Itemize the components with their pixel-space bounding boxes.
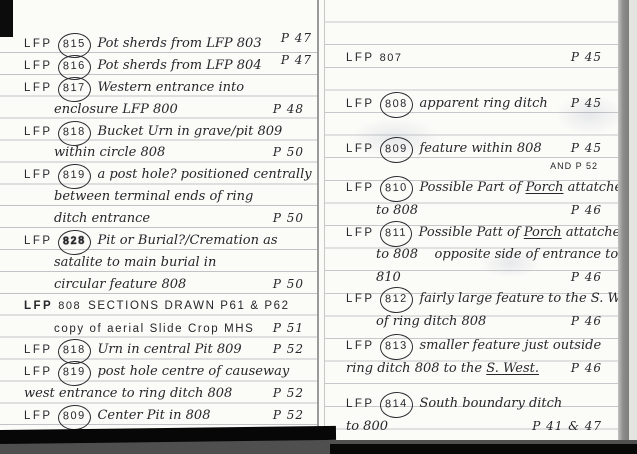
entry-line: to 800P 41 & 47 (346, 415, 612, 438)
scan-corner-shadow (0, 0, 13, 37)
page-ref: P 52 (273, 405, 314, 427)
entry-line: to 808P 46 (346, 199, 612, 222)
entry-number: 818 (57, 120, 91, 146)
entry-text: Possible Part of Porch attatched (419, 177, 630, 200)
notebook-entry: LFP818Urn in central Pit 809P 52 (24, 339, 314, 361)
notebook-entry: LFP814South boundary ditchto 800P 41 & 4… (346, 392, 612, 437)
entry-line: LFP816Pot sherds from LFP 804P 47 (24, 55, 314, 77)
entry-text: fairly large feature to the S. West (419, 288, 637, 311)
entry-prefix: LFP (24, 340, 53, 362)
entry-text: to 800 (346, 416, 388, 439)
page-ref: P 52 (273, 383, 314, 405)
entry-line: 810P 46 (346, 266, 612, 289)
page-ref: P 45 (571, 46, 612, 69)
entry-text: copy of aerial Slide Crop MHS (54, 319, 254, 341)
entry-line: LFP818Bucket Urn in grave/pit 809 (24, 121, 314, 143)
entry-text: Pot sherds from LFP 804 (97, 55, 261, 77)
entry-prefix: LFP (24, 56, 53, 78)
entry-line: LFP815Pot sherds from LFP 803P 47 (24, 33, 314, 55)
entry-prefix: LFP (346, 393, 375, 416)
entry-line: LFP828Pit or Burial?/Cremation as (24, 230, 314, 252)
entry-prefix: LFP (346, 47, 375, 70)
entry-prefix: LFP (346, 222, 375, 245)
right-page-bottom-edge-shadow (330, 444, 637, 454)
entry-text: Bucket Urn in grave/pit 809 (97, 121, 282, 143)
entry-line: LFP808SECTIONS DRAWN P61 & P62 (24, 296, 314, 318)
entry-prefix: LFP (24, 362, 53, 384)
entry-text: smaller feature just outside (419, 335, 601, 358)
entry-text: Urn in central Pit 809 (97, 339, 241, 361)
entry-text: west entrance to ring ditch 808 (24, 383, 232, 405)
page-ref: P 41 & 47 (532, 415, 612, 438)
notebook-entry: LFP808apparent ring ditchP 45 (346, 92, 612, 115)
page-ref: P 50 (273, 142, 314, 164)
entry-prefix: LFP (346, 138, 375, 161)
entry-number: 817 (57, 76, 91, 102)
entry-prefix: LFP (346, 177, 375, 200)
entry-line: ditch entranceP 50 (24, 208, 314, 230)
entry-text: Pot sherds from LFP 803 (97, 33, 261, 55)
page-ref: AND P 52 (550, 160, 612, 173)
left-page: LFP815Pot sherds from LFP 803P 47LFP816P… (24, 33, 314, 427)
page-ref: P 50 (273, 208, 314, 230)
entry-prefix: LFP (24, 296, 53, 318)
entry-line: LFP807P 45 (346, 46, 612, 69)
notebook-entry: LFP815Pot sherds from LFP 803P 47 (24, 33, 314, 55)
entry-line: LFP809Center Pit in 808P 52 (24, 405, 314, 427)
entry-text: ring ditch 808 to the S. West. (346, 358, 539, 381)
entry-line: satalite to main burial in (24, 252, 314, 274)
page-ref: P 45 (571, 92, 612, 115)
page-ref: P 46 (571, 310, 612, 333)
notebook-entry: LFP812fairly large feature to the S. Wes… (346, 287, 612, 332)
entry-text: ditch entrance (54, 208, 150, 230)
entry-text: satalite to main burial in (54, 252, 216, 274)
entry-number: 809 (379, 136, 413, 163)
notebook-scan: LFP815Pot sherds from LFP 803P 47LFP816P… (0, 0, 637, 454)
entry-text: post hole centre of causeway (97, 361, 289, 383)
page-ref: P 48 (273, 99, 314, 121)
entry-line: of ring ditch 808P 46 (346, 310, 612, 333)
entry-text: between terminal ends of ring (54, 186, 253, 208)
entry-line: LFP819a post hole? positioned centrally (24, 164, 314, 186)
entry-text: South boundary ditch (419, 393, 562, 416)
entry-number: 808 (58, 296, 81, 318)
entry-line: copy of aerial Slide Crop MHSP 51 (24, 318, 314, 340)
page-ref: P 51 (273, 318, 314, 340)
entry-line: LFP810Possible Part of Porch attatched (346, 176, 612, 199)
page-edge-shadow (618, 0, 629, 447)
page-ref: P 46 (571, 266, 612, 289)
page-ref: P 47 (281, 50, 314, 72)
page-ref: P 45 (571, 137, 612, 160)
entry-number: 808 (379, 91, 413, 118)
entry-line: enclosure LFP 800P 48 (24, 99, 314, 121)
entry-line: ring ditch 808 to the S. West.P 46 (346, 357, 612, 380)
entry-number: 809 (57, 405, 91, 431)
page-ref: P 47 (281, 28, 314, 50)
entry-text: of ring ditch 808 (376, 311, 486, 334)
entry-text: circular feature 808 (54, 274, 186, 296)
entry-line: between terminal ends of ring (24, 186, 314, 208)
entry-text: Center Pit in 808 (97, 405, 210, 427)
entry-text: SECTIONS DRAWN P61 & P62 (88, 296, 290, 318)
entry-line: LFP818Urn in central Pit 809P 52 (24, 339, 314, 361)
entry-line: within circle 808P 50 (24, 142, 314, 164)
entry-line: AND P 52 (346, 160, 612, 173)
entry-number: 814 (379, 391, 413, 418)
entry-line: LFP817Western entrance into (24, 77, 314, 99)
notebook-entry: LFP819a post hole? positioned centrallyb… (24, 164, 314, 230)
page-ref: P 46 (571, 357, 612, 380)
notebook-entry: LFP808SECTIONS DRAWN P61 & P62copy of ae… (24, 296, 314, 340)
entry-line: west entrance to ring ditch 808P 52 (24, 383, 314, 405)
entry-prefix: LFP (24, 406, 53, 428)
notebook-entry: LFP816Pot sherds from LFP 804P 47 (24, 55, 314, 77)
notebook-entry: LFP818Bucket Urn in grave/pit 809within … (24, 121, 314, 165)
entry-text: to 808 (376, 200, 418, 223)
page-seam-line (317, 0, 319, 432)
entry-line: LFP808apparent ring ditchP 45 (346, 92, 612, 115)
page-ref: P 52 (273, 339, 314, 361)
entry-prefix: LFP (24, 122, 53, 144)
entry-line: LFP811Possible Patt of Porch attatched (346, 221, 612, 244)
entry-line: circular feature 808P 50 (24, 274, 314, 296)
entry-prefix: LFP (24, 34, 53, 56)
entry-number: 807 (380, 47, 403, 70)
notebook-entry: LFP813smaller feature just outsidering d… (346, 334, 612, 379)
entry-prefix: LFP (24, 78, 53, 100)
entry-text: feature within 808 (419, 138, 541, 161)
entry-number: 813 (379, 333, 413, 360)
entry-prefix: LFP (346, 93, 375, 116)
page-ref: P 46 (571, 199, 612, 222)
entry-number: 811 (379, 220, 412, 247)
entry-text: a post hole? positioned centrally (97, 164, 311, 186)
entry-prefix: LFP (24, 231, 53, 253)
entry-text: to 808 opposite side of entrance to (376, 244, 618, 267)
notebook-entry: LFP809feature within 808P 45AND P 52 (346, 137, 612, 173)
scan-right-margin (629, 0, 637, 454)
notebook-entry: LFP828Pit or Burial?/Cremation assatalit… (24, 230, 314, 296)
entry-line: LFP809feature within 808P 45 (346, 137, 612, 160)
notebook-entry: LFP819post hole centre of causewaywest e… (24, 361, 314, 405)
entry-prefix: LFP (24, 165, 53, 187)
entry-line: LFP813smaller feature just outside (346, 334, 612, 357)
entry-line: LFP819post hole centre of causeway (24, 361, 314, 383)
notebook-entry: LFP817Western entrance intoenclosure LFP… (24, 77, 314, 121)
notebook-entry: LFP810Possible Part of Porch attatchedto… (346, 176, 612, 221)
entry-prefix: LFP (346, 288, 375, 311)
entry-text: Possible Patt of Porch attatched (419, 222, 629, 245)
entry-line: LFP814South boundary ditch (346, 392, 612, 415)
notebook-entry: LFP807P 45 (346, 46, 612, 69)
entry-text: apparent ring ditch (419, 93, 547, 116)
entry-line: LFP812fairly large feature to the S. Wes… (346, 287, 612, 310)
notebook-entry: LFP809Center Pit in 808P 52 (24, 405, 314, 427)
entry-text: Western entrance into (97, 77, 244, 99)
entry-number: 812 (379, 286, 413, 313)
page-ref: P 50 (273, 274, 314, 296)
entry-prefix: LFP (346, 335, 375, 358)
page-seam-line-faint (324, 0, 325, 447)
notebook-entry: LFP811Possible Patt of Porch attatchedto… (346, 221, 612, 289)
entry-number: 810 (379, 175, 413, 202)
entry-line: to 808 opposite side of entrance to (346, 244, 612, 267)
entry-text: Pit or Burial?/Cremation as (97, 230, 277, 252)
